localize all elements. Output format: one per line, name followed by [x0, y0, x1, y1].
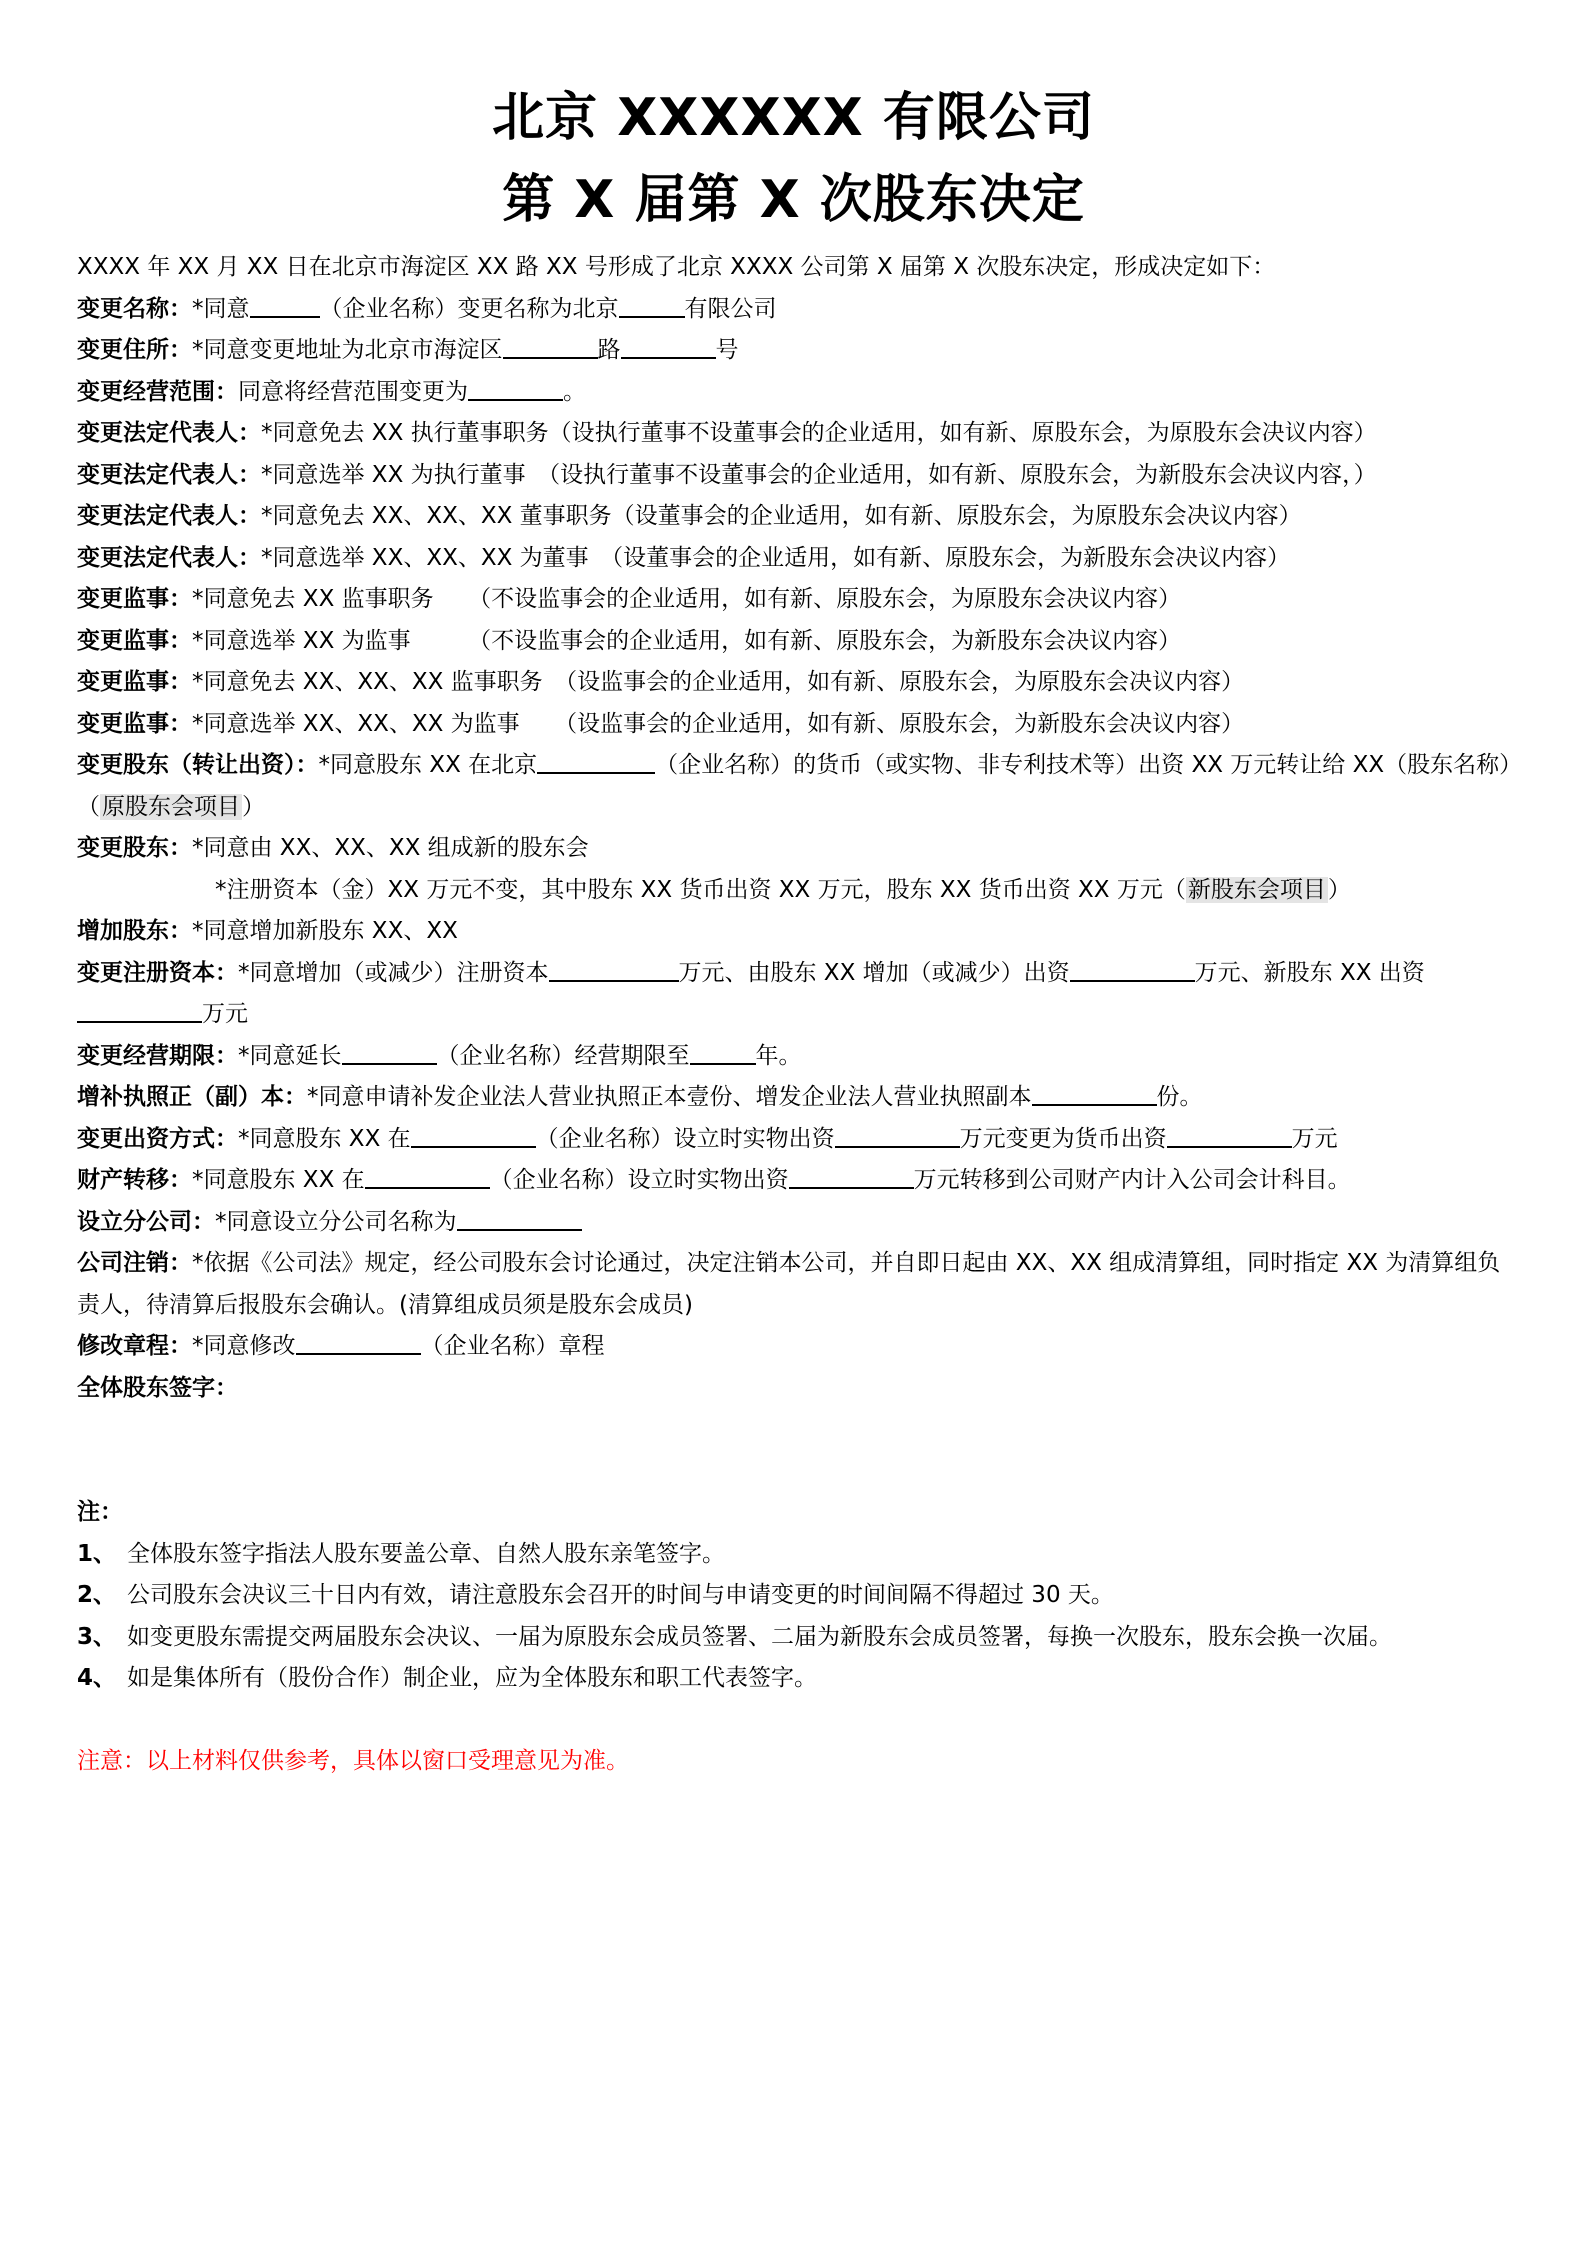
item-charter: 修改章程：*同意修改（企业名称）章程: [77, 1326, 1522, 1368]
fill-blank[interactable]: [77, 997, 202, 1023]
item-label: 增加股东：: [77, 918, 192, 944]
note-item: 3、如变更股东需提交两届股东会决议、一届为原股东会成员签署、二届为新股东会成员签…: [77, 1617, 1522, 1659]
fill-blank[interactable]: [690, 1039, 756, 1065]
note-item: 1、全体股东签字指法人股东要盖公章、自然人股东亲笔签字。: [77, 1534, 1522, 1576]
item-label: 修改章程：: [77, 1333, 192, 1359]
item-label: 财产转移：: [77, 1167, 192, 1193]
fill-blank[interactable]: [296, 1329, 421, 1355]
item-term: 变更经营期限：*同意延长（企业名称）经营期限至年。: [77, 1036, 1522, 1078]
item-add-shareholder: 增加股东：*同意增加新股东 XX、XX: [77, 911, 1522, 953]
item-label: 变更经营期限：: [77, 1043, 238, 1069]
item-address-change: 变更住所：*同意变更地址为北京市海淀区路号: [77, 330, 1522, 372]
item-name-change: 变更名称：*同意（企业名称）变更名称为北京有限公司: [77, 289, 1522, 331]
fill-blank[interactable]: [342, 1039, 437, 1065]
item-label: 公司注销：: [77, 1250, 192, 1276]
item-shareholders: 变更股东：*同意由 XX、XX、XX 组成新的股东会: [77, 828, 1522, 870]
item-label: 增补执照正（副）本：: [77, 1084, 307, 1110]
item-label: 变更监事：: [77, 586, 192, 612]
document-body: XXXX 年 XX 月 XX 日在北京市海淀区 XX 路 XX 号形成了北京 X…: [77, 247, 1522, 1783]
note-item: 2、公司股东会决议三十日内有效，请注意股东会召开的时间与申请变更的时间间隔不得超…: [77, 1575, 1522, 1617]
fill-blank[interactable]: [549, 956, 679, 982]
fill-blank[interactable]: [621, 333, 716, 359]
item-label: 变更出资方式：: [77, 1126, 238, 1152]
item-rep-2: 变更法定代表人：*同意选举 XX 为执行董事 （设执行董事不设董事会的企业适用，…: [77, 455, 1522, 497]
fill-blank[interactable]: [468, 375, 563, 401]
item-supervisor-3: 变更监事：*同意免去 XX、XX、XX 监事职务 （设监事会的企业适用，如有新、…: [77, 662, 1522, 704]
item-label: 变更注册资本：: [77, 960, 238, 986]
highlight-old-shareholders: 原股东会项目: [100, 794, 242, 820]
item-property: 财产转移：*同意股东 XX 在（企业名称）设立时实物出资万元转移到公司财产内计入…: [77, 1160, 1522, 1202]
fill-blank[interactable]: [537, 748, 655, 774]
item-label: 变更监事：: [77, 669, 192, 695]
item-label: 变更经营范围：: [77, 379, 238, 405]
item-label: 变更法定代表人：: [77, 503, 261, 529]
fill-blank[interactable]: [1032, 1080, 1157, 1106]
fill-blank[interactable]: [411, 1122, 536, 1148]
item-rep-4: 变更法定代表人：*同意选举 XX、XX、XX 为董事 （设董事会的企业适用，如有…: [77, 538, 1522, 580]
item-transfer: 变更股东（转让出资）：*同意股东 XX 在北京（企业名称）的货币（或实物、非专利…: [77, 745, 1522, 828]
item-label: 变更股东：: [77, 835, 192, 861]
item-supervisor-1: 变更监事：*同意免去 XX 监事职务 （不设监事会的企业适用，如有新、原股东会，…: [77, 579, 1522, 621]
fill-blank[interactable]: [503, 333, 598, 359]
fill-blank[interactable]: [619, 292, 685, 318]
item-rep-3: 变更法定代表人：*同意免去 XX、XX、XX 董事职务（设董事会的企业适用，如有…: [77, 496, 1522, 538]
item-scope-change: 变更经营范围：同意将经营范围变更为。: [77, 372, 1522, 414]
fill-blank[interactable]: [789, 1163, 914, 1189]
fill-blank[interactable]: [250, 292, 320, 318]
item-label: 变更法定代表人：: [77, 462, 261, 488]
decision-title: 第 X 届第 X 次股东决定: [0, 170, 1587, 230]
item-label: 变更住所：: [77, 337, 192, 363]
notes-heading: 注：: [77, 1492, 1522, 1534]
item-label: 设立分公司：: [77, 1209, 215, 1235]
item-label: 变更监事：: [77, 628, 192, 654]
item-branch: 设立分公司：*同意设立分公司名称为: [77, 1202, 1522, 1244]
item-rep-1: 变更法定代表人：*同意免去 XX 执行董事职务（设执行董事不设董事会的企业适用，…: [77, 413, 1522, 455]
item-label: 变更名称：: [77, 296, 192, 322]
item-label: 变更监事：: [77, 711, 192, 737]
fill-blank[interactable]: [835, 1122, 960, 1148]
fill-blank[interactable]: [457, 1205, 582, 1231]
signature-label: 全体股东签字：: [77, 1368, 1522, 1410]
fill-blank[interactable]: [1070, 956, 1195, 982]
item-label: 变更法定代表人：: [77, 420, 261, 446]
disclaimer-warning: 注意：以上材料仅供参考，具体以窗口受理意见为准。: [77, 1741, 1522, 1783]
item-supervisor-4: 变更监事：*同意选举 XX、XX、XX 为监事 （设监事会的企业适用，如有新、原…: [77, 704, 1522, 746]
intro-paragraph: XXXX 年 XX 月 XX 日在北京市海淀区 XX 路 XX 号形成了北京 X…: [77, 247, 1522, 289]
highlight-new-shareholders: 新股东会项目: [1186, 877, 1328, 903]
fill-blank[interactable]: [1167, 1122, 1292, 1148]
item-cancel: 公司注销：*依据《公司法》规定，经公司股东会讨论通过，决定注销本公司，并自即日起…: [77, 1243, 1522, 1326]
item-label: 变更法定代表人：: [77, 545, 261, 571]
item-contribution: 变更出资方式：*同意股东 XX 在（企业名称）设立时实物出资万元变更为货币出资万…: [77, 1119, 1522, 1161]
item-label: 变更股东（转让出资）：: [77, 752, 319, 778]
item-capital: 变更注册资本：*同意增加（或减少）注册资本万元、由股东 XX 增加（或减少）出资…: [77, 953, 1522, 1036]
item-shareholders-capital: *注册资本（金）XX 万元不变，其中股东 XX 货币出资 XX 万元，股东 XX…: [77, 870, 1522, 912]
fill-blank[interactable]: [365, 1163, 490, 1189]
company-title: 北京 XXXXXX 有限公司: [0, 88, 1587, 148]
item-license: 增补执照正（副）本：*同意申请补发企业法人营业执照正本壹份、增发企业法人营业执照…: [77, 1077, 1522, 1119]
item-supervisor-2: 变更监事：*同意选举 XX 为监事 （不设监事会的企业适用，如有新、原股东会，为…: [77, 621, 1522, 663]
note-item: 4、如是集体所有（股份合作）制企业，应为全体股东和职工代表签字。: [77, 1658, 1522, 1700]
